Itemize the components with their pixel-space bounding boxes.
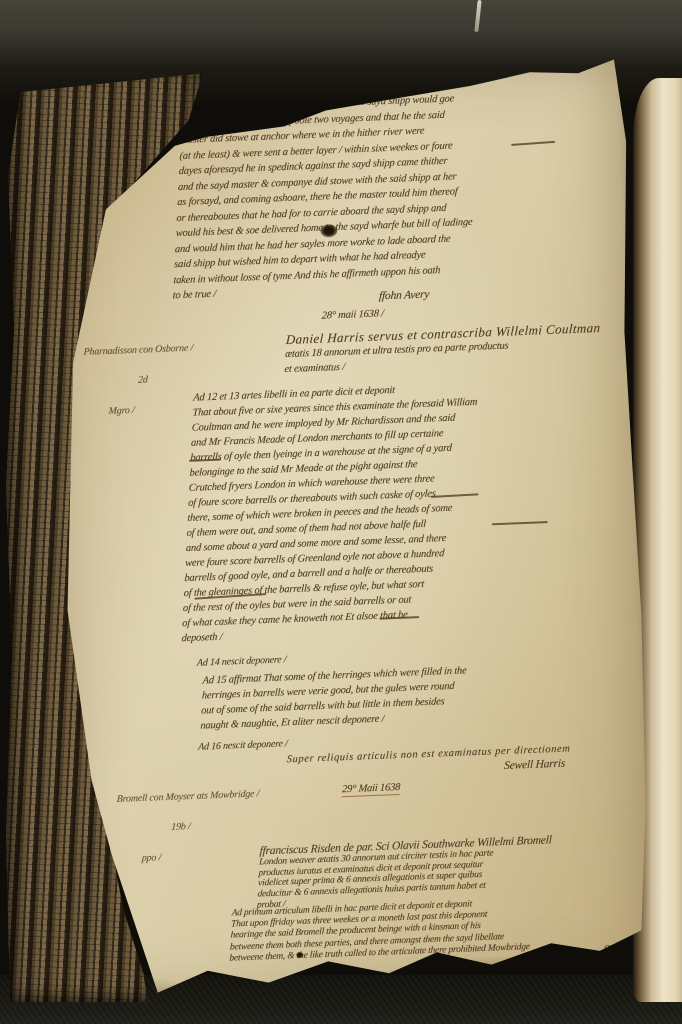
deposition-entry-1-text: aboard the sayd shipp and would him that… xyxy=(172,84,644,304)
margin-note-bromell-moyser: Bromell con Moyser ats Mowbridge / 19b /… xyxy=(113,777,260,876)
margin-note-case-title: Pharnadisson con Osborne / xyxy=(83,343,193,358)
signature-sewell-harris: Sewell Harris xyxy=(504,758,566,772)
witness-heading-daniel-harris: Daniel Harris servus et contrascriba Wil… xyxy=(284,319,616,377)
margin-note-case-title: Bromell con Moyser ats Mowbridge / xyxy=(116,788,259,805)
article-16-response: Ad 16 nescit deponere / xyxy=(198,738,288,752)
signature-john-avery: ffohn Avery xyxy=(379,288,430,302)
margin-note-abbrev: ppo / xyxy=(141,849,256,864)
article-15-response: Ad 15 affirmat That some of the herringe… xyxy=(200,656,663,734)
margin-note-pharnadisson-osborne: Pharnadisson con Osborne / 2d Mgro / xyxy=(80,332,194,429)
margin-note-number: 2d xyxy=(138,373,192,386)
margin-note-number: 19b / xyxy=(171,818,258,832)
date-29-maii-1638: 29° Maii 1638 xyxy=(342,782,401,797)
photograph-of-manuscript: aboard the sayd shipp and would him that… xyxy=(0,0,682,1024)
date-28-maii-1638: 28° maii 1638 / xyxy=(321,308,384,321)
deposition-entry-2-text: Ad 12 et 13 artes libelli in ea parte di… xyxy=(181,373,658,647)
margin-note-abbrev: Mgro / xyxy=(108,403,190,417)
article-14-response: Ad 14 nescit deponere / xyxy=(197,654,287,668)
folio-corner-mark: gp xyxy=(604,942,615,953)
